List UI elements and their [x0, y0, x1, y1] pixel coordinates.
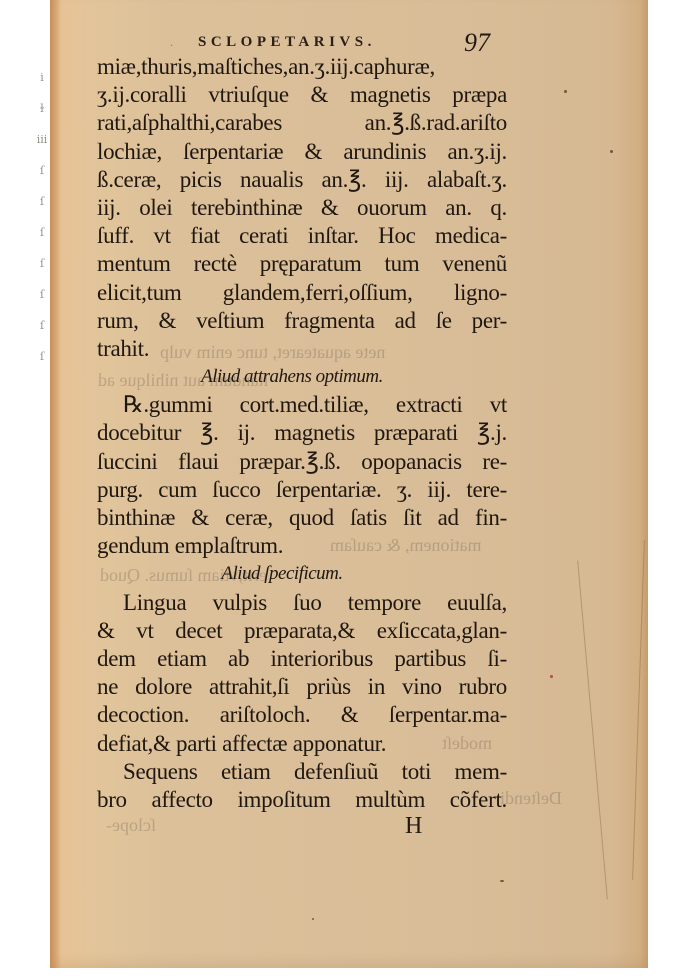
text-line: gendum emplaſtrum. — [97, 532, 507, 560]
body-text: miæ,thuris,maſtiches,an.ʒ.iij.caphuræ, ʒ… — [97, 53, 507, 814]
text-line: lochiæ, ſerpentariæ & arundinis an.ʒ.ij. — [97, 138, 507, 166]
text-line: Sequens etiam defenſiuũ toti mem- — [97, 758, 507, 786]
text-line: ß.ceræ, picis naualis an.℥. iij. alabaſt… — [97, 166, 507, 194]
running-head-title: SCLOPETARIVS. — [198, 34, 376, 51]
header-ornament: . — [170, 34, 173, 50]
edge-mark: ſ — [33, 155, 51, 186]
text-line: rum, & veſtium fragmenta ad ſe per- — [97, 307, 507, 335]
text-line: docebitur ℥. ij. magnetis præparati ℥.j. — [97, 419, 507, 447]
text-line: iij. olei terebinthinæ & ouorum an. q. — [97, 194, 507, 222]
paper-crease — [632, 540, 645, 880]
paragraph-recipe-2: ℞.gummi cort.med.tiliæ, extracti vt doce… — [97, 391, 507, 560]
paper-crease — [577, 561, 608, 900]
edge-mark: ɫ — [33, 93, 51, 124]
text-line: Lingua vulpis ſuo tempore euulſa, — [97, 589, 507, 617]
edge-mark: iii — [33, 124, 51, 155]
paragraph-recipe-1: miæ,thuris,maſtiches,an.ʒ.iij.caphuræ, ʒ… — [97, 53, 507, 363]
adjacent-page-edge-text: i ɫ iii ſ ſ ſ ſ ſ ſ ſ — [33, 62, 51, 372]
edge-mark: ſ — [33, 186, 51, 217]
text-line: mentum rectè pręparatum tum venenũ — [97, 250, 507, 278]
text-line: trahit. — [97, 335, 507, 363]
foxing-speck — [564, 90, 567, 93]
paragraph-sequens: Sequens etiam defenſiuũ toti mem- bro af… — [97, 758, 507, 814]
text-line: ſuccini flaui præpar.℥.ß. opopanacis re- — [97, 448, 507, 476]
show-through-text: Deſtendi — [500, 788, 562, 809]
foxing-speck — [312, 918, 314, 920]
show-through-text: ſclope- — [106, 815, 156, 836]
text-line: ſuff. vt fiat cerati inſtar. Hoc medica- — [97, 222, 507, 250]
text-line: ℞.gummi cort.med.tiliæ, extracti vt — [97, 391, 507, 419]
text-line: decoction. ariſtoloch. & ſerpentar.ma- — [97, 701, 507, 729]
edge-mark: ſ — [33, 217, 51, 248]
text-line: binthinæ & ceræ, quod ſatis ſit ad fin- — [97, 504, 507, 532]
text-line: & vt decet præparata,& exſiccata,glan- — [97, 617, 507, 645]
text-line: elicit,tum glandem,ferri,oſſium, ligno- — [97, 279, 507, 307]
edge-mark: ſ — [33, 248, 51, 279]
signature-mark: H — [405, 813, 422, 840]
text-line: bro affecto impoſitum multùm cõfert. — [97, 786, 507, 814]
paragraph-specific: Lingua vulpis ſuo tempore euulſa, & vt d… — [97, 589, 507, 758]
edge-mark: ſ — [33, 279, 51, 310]
text-line: defiat,& parti affectæ apponatur. — [97, 730, 507, 758]
text-line: purg. cum ſucco ſerpentariæ. ʒ. iij. ter… — [97, 476, 507, 504]
foxing-speck — [550, 675, 553, 678]
section-heading: Aliud ſpecificum. — [97, 560, 507, 588]
text-line: miæ,thuris,maſtiches,an.ʒ.iij.caphuræ, — [97, 53, 507, 81]
foxing-speck — [500, 880, 504, 882]
text-line: dem etiam ab interioribus partibus ſi- — [97, 645, 507, 673]
edge-mark: i — [33, 62, 51, 93]
edge-mark: ſ — [33, 341, 51, 372]
section-heading: Aliud attrahens optimum. — [97, 363, 507, 391]
text-line: ʒ.ij.coralli vtriuſque & magnetis præpa — [97, 81, 507, 109]
foxing-speck — [610, 150, 613, 153]
edge-mark: ſ — [33, 310, 51, 341]
text-line: ne dolore attrahit,ſi priùs in vino rubr… — [97, 673, 507, 701]
text-line: rati,aſphalthi,carabes an.℥.ß.rad.ariſto — [97, 109, 507, 137]
